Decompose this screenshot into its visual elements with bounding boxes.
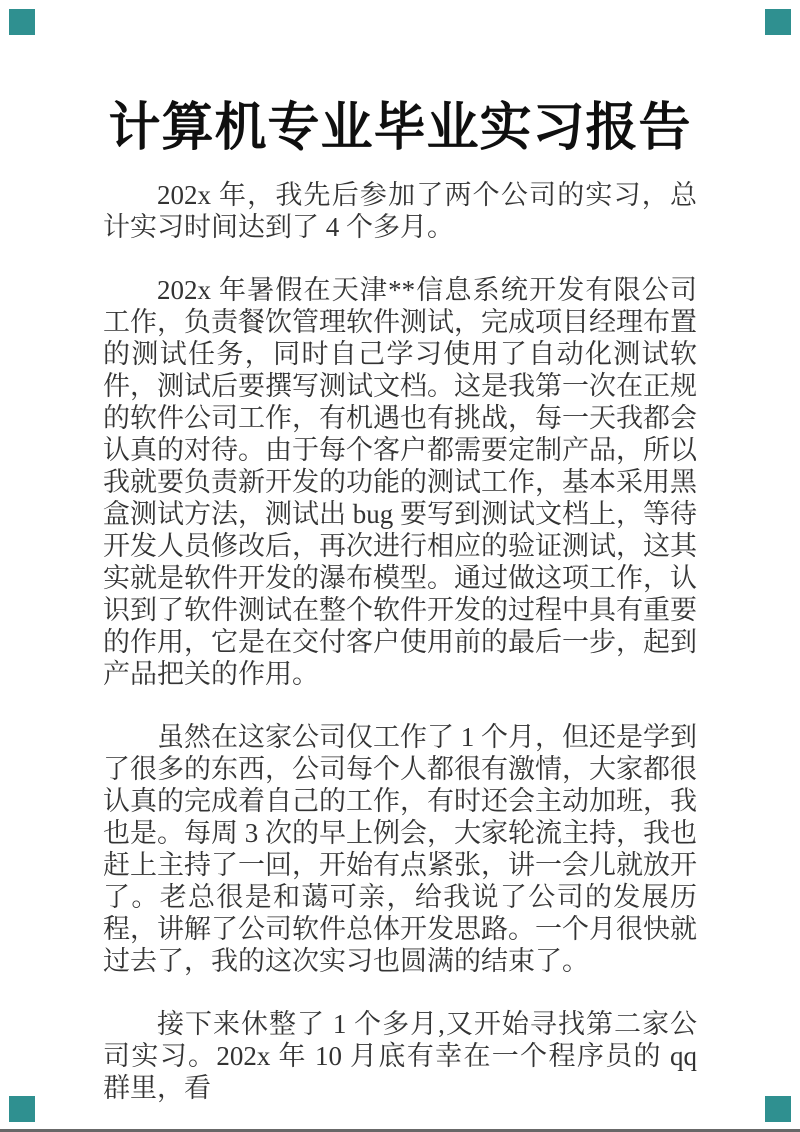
- corner-marker-bottom-left: [9, 1096, 35, 1122]
- corner-marker-top-left: [9, 9, 35, 35]
- document-title: 计算机专业毕业实习报告: [103, 98, 697, 159]
- corner-marker-top-right: [765, 9, 791, 35]
- document-page: 计算机专业毕业实习报告 202x 年，我先后参加了两个公司的实习，总计实习时间达…: [103, 98, 697, 1132]
- paragraph-first-company: 202x 年暑假在天津**信息系统开发有限公司工作，负责餐饮管理软件测试，完成项…: [103, 274, 697, 690]
- corner-marker-bottom-right: [765, 1096, 791, 1122]
- paragraph-first-company-summary: 虽然在这家公司仅工作了 1 个月，但还是学到了很多的东西，公司每个人都很有激情，…: [103, 721, 697, 977]
- paragraph-second-company-search: 接下来休整了 1 个多月,又开始寻找第二家公司实习。202x 年 10 月底有幸…: [103, 1008, 697, 1104]
- paragraph-intro: 202x 年，我先后参加了两个公司的实习，总计实习时间达到了 4 个多月。: [103, 179, 697, 243]
